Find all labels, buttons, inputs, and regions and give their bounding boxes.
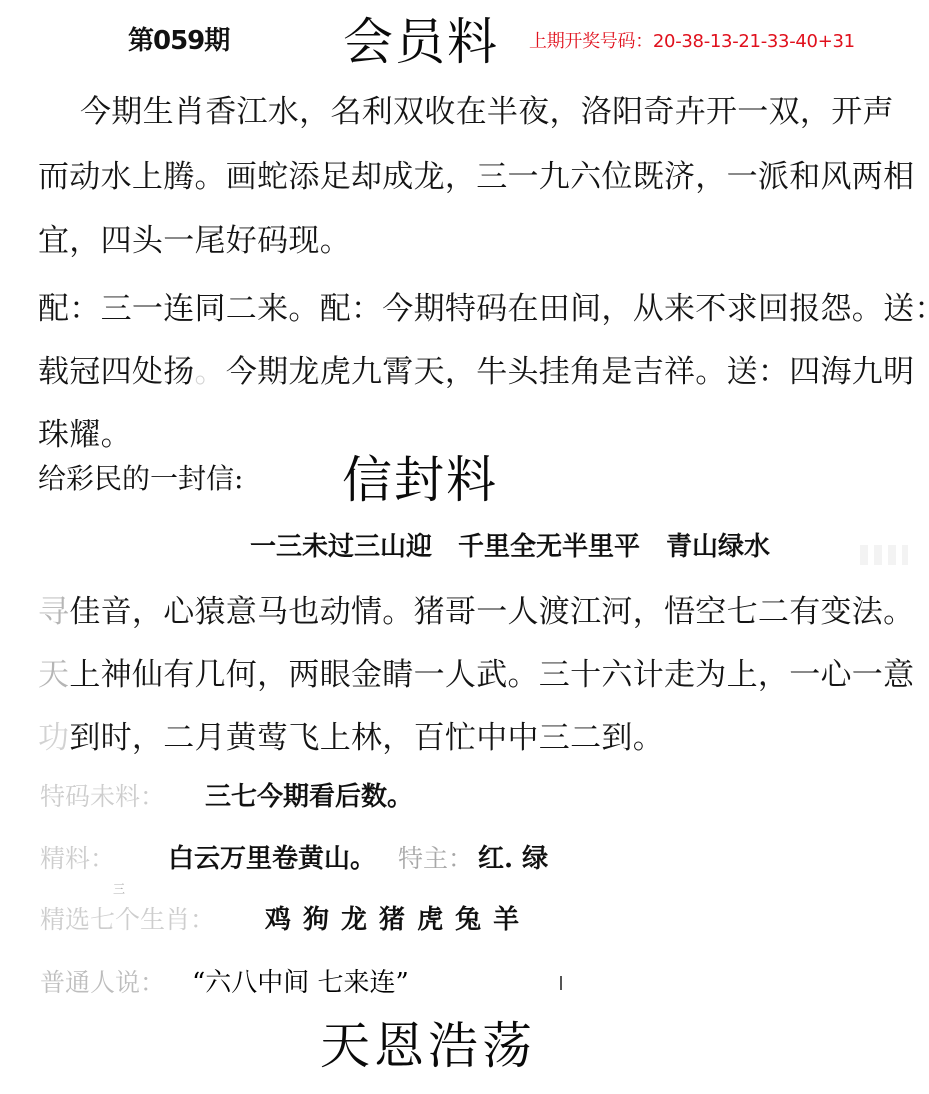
faded-char: 功 <box>38 720 69 756</box>
letter-text: 上神仙有几何，两眼金睛一人武。三十六计走为上，一心一意 <box>69 657 914 693</box>
tip-label: 普通人说： <box>40 967 165 999</box>
zodiac-item: 虎 <box>417 905 443 935</box>
member-text-line: 配：三一连同二来。配：今期特码在田间，从来不求回报怨。送： <box>38 291 929 327</box>
member-text-segment: 载冠四处扬 <box>38 354 195 390</box>
member-text-segment: 今期龙虎九霄天，牛头挂角是吉祥。送：四海九明 <box>226 354 915 390</box>
faded-marks <box>860 545 908 565</box>
zodiac-item: 龙 <box>341 905 367 935</box>
zodiac-list: 鸡狗龙猪虎兔羊 <box>265 904 531 936</box>
zodiac-item: 狗 <box>303 905 329 935</box>
faded-char: 寻 <box>38 594 69 630</box>
zodiac-item: 鸡 <box>265 905 291 935</box>
headline-phrase: 一三未过三山迎 <box>250 532 432 562</box>
headline-phrase: 青山绿水 <box>666 532 770 562</box>
letter-intro: 给彩民的一封信: <box>38 462 243 496</box>
page-title: 会员料 <box>343 14 499 70</box>
letter-text-line: 寻佳音，心猿意马也动情。猪哥一人渡江河，悟空七二有变法。 <box>38 594 914 630</box>
tip-value: 三七今期看后数。 <box>205 781 413 813</box>
zodiac-item: 羊 <box>493 905 519 935</box>
tip-label: 精料： <box>40 843 115 875</box>
letter-text: 佳音，心猿意马也动情。猪哥一人渡江河，悟空七二有变法。 <box>69 594 914 630</box>
last-draw-label: 上期开奖号码： <box>529 31 653 52</box>
faded-punctuation: 。 <box>195 354 226 390</box>
tip-value-quote: “六八中间 七来连” <box>192 967 409 999</box>
member-text-line: 载冠四处扬。今期龙虎九霄天，牛头挂角是吉祥。送：四海九明 <box>38 354 914 390</box>
zodiac-item: 兔 <box>455 905 481 935</box>
letter-text-line: 天上神仙有几何，两眼金睛一人武。三十六计走为上，一心一意 <box>38 657 914 693</box>
faded-char: 天 <box>38 657 69 693</box>
zodiac-item: 猪 <box>379 905 405 935</box>
member-text-line: 今期生肖香江水，名利双收在半夜，洛阳奇卉开一双，开声 <box>80 94 894 130</box>
tip-label: 特码未料： <box>40 781 165 813</box>
tip-label: 精选七个生肖： <box>40 904 215 936</box>
letter-headline: 一三未过三山迎千里全无半里平青山绿水 <box>250 530 796 564</box>
stray-mark <box>560 976 562 990</box>
issue-number: 第059期 <box>128 20 229 57</box>
letter-text: 到时，二月黄莺飞上林，百忙中中三二到。 <box>69 720 664 756</box>
member-text-line: 宜，四头一尾好码现。 <box>38 223 351 259</box>
small-mark: 三 <box>113 880 125 897</box>
member-text-line: 珠耀。 <box>38 417 132 453</box>
headline-phrase: 千里全无半里平 <box>458 532 640 562</box>
last-draw-numbers: 20-38-13-21-33-40+31 <box>653 31 855 52</box>
footer-slogan: 天恩浩荡 <box>320 1018 536 1074</box>
tip-label-special: 特主： <box>398 843 473 875</box>
last-draw-result: 上期开奖号码：20-38-13-21-33-40+31 <box>529 27 855 53</box>
tip-value: 白云万里卷黄山。 <box>168 843 376 875</box>
letter-text-line: 功到时，二月黄莺飞上林，百忙中中三二到。 <box>38 720 664 756</box>
letter-title: 信封料 <box>342 452 498 508</box>
tip-value-colors: 红. 绿 <box>478 843 548 875</box>
member-text-line: 而动水上腾。画蛇添足却成龙，三一九六位既济，一派和风两相 <box>38 159 914 195</box>
